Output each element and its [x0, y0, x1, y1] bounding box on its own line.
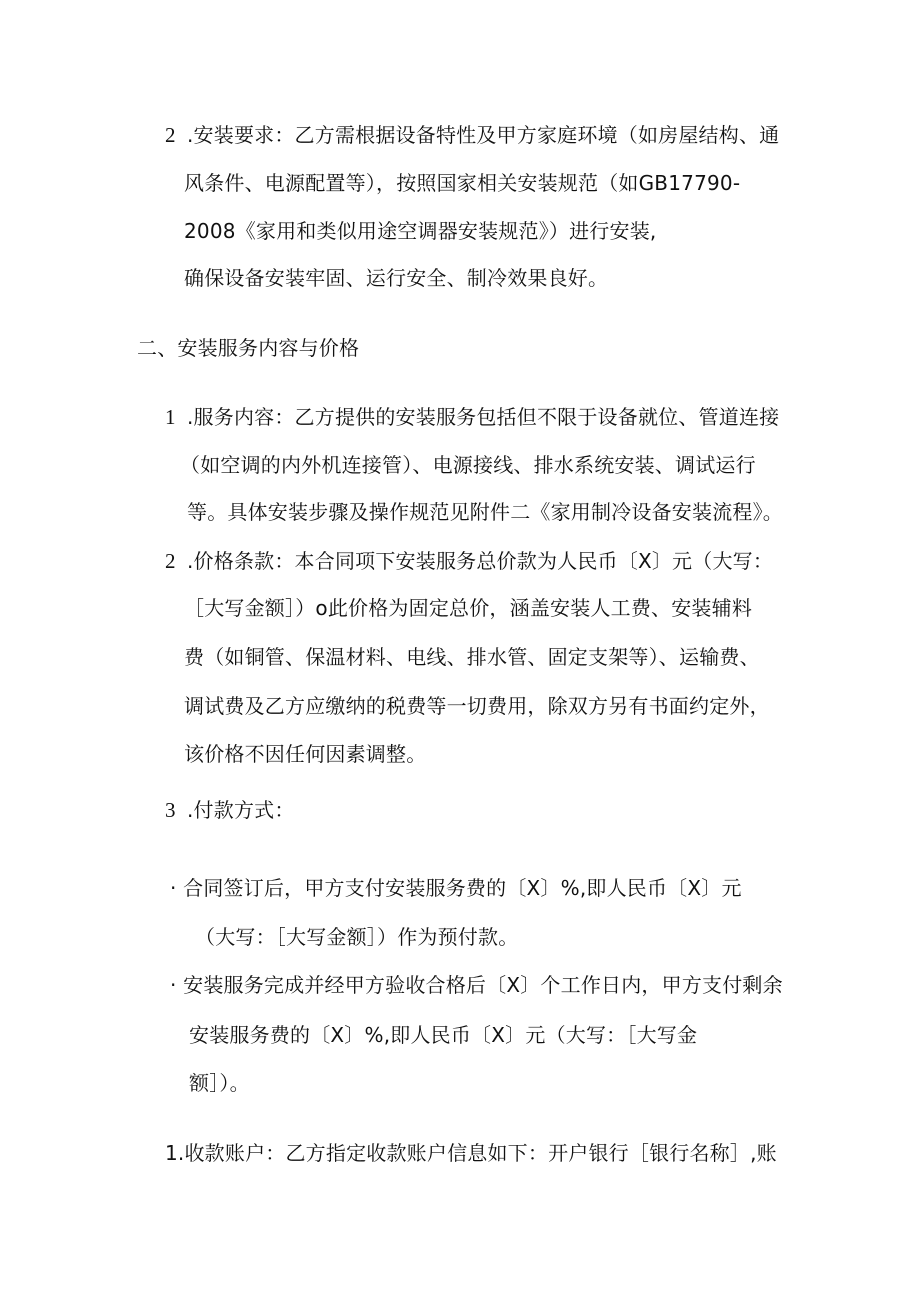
bullet-marker: ·: [170, 876, 177, 900]
price-terms-line-3: 费（如铜管、保温材料、电线、排水管、固定支架等）、运输费、: [184, 643, 760, 671]
price-terms-line-5: 该价格不因任何因素调整。: [184, 740, 426, 768]
install-requirements-line-2: 风条件、电源配置等），按照国家相关安装规范（如GB17790-: [184, 169, 740, 197]
item-number: 3: [165, 796, 187, 824]
bullet-marker: ·: [170, 973, 177, 997]
service-content-text: .服务内容：乙方提供的安装服务包括但不限于设备就位、管道连接: [187, 405, 779, 429]
payment-method-label: .付款方式：: [187, 798, 295, 822]
install-requirements-line-1: 2.安装要求：乙方需根据设备特性及甲方家庭环境（如房屋结构、通: [165, 121, 779, 149]
install-requirements-text: .安装要求：乙方需根据设备特性及甲方家庭环境（如房屋结构、通: [187, 123, 779, 147]
payment-method-heading: 3.付款方式：: [165, 796, 295, 824]
payment-bullet-1-line-2: （大写：［大写金额］）作为预付款。: [195, 923, 518, 951]
section-heading: 二、安装服务内容与价格: [137, 334, 359, 362]
item-number: 2: [165, 547, 187, 575]
price-terms-text: .价格条款：本合同项下安装服务总价款为人民币〔X〕元（大写：: [187, 549, 773, 573]
service-content-line-3: 等。具体安装步骤及操作规范见附件二《家用制冷设备安装流程》。: [187, 498, 783, 526]
install-requirements-line-4: 确保设备安装牢固、运行安全、制冷效果良好。: [184, 264, 608, 292]
payment-bullet-1-line-1: · 合同签订后，甲方支付安装服务费的〔X〕%,即人民币〔X〕元: [170, 874, 742, 902]
price-terms-line-4: 调试费及乙方应缴纳的税费等一切费用，除双方另有书面约定外，: [184, 692, 770, 720]
receiving-account-line: 1.收款账户：乙方指定收款账户信息如下：开户银行［银行名称］,账: [165, 1139, 777, 1167]
price-terms-line-1: 2.价格条款：本合同项下安装服务总价款为人民币〔X〕元（大写：: [165, 547, 773, 575]
service-content-line-2: （如空调的内外机连接管）、电源接线、排水系统安装、调试运行: [180, 451, 756, 479]
service-content-line-1: 1.服务内容：乙方提供的安装服务包括但不限于设备就位、管道连接: [165, 403, 779, 431]
payment-bullet-2-line-1: · 安装服务完成并经甲方验收合格后〔X〕个工作日内，甲方支付剩余: [170, 971, 783, 999]
install-requirements-line-3: 2008《家用和类似用途空调器安装规范》）进行安装,: [184, 217, 656, 245]
price-terms-line-2: ［大写金额］）o此价格为固定总价，涵盖安装人工费、安装辅料: [184, 594, 752, 622]
payment-bullet-1-text: 合同签订后，甲方支付安装服务费的〔X〕%,即人民币〔X〕元: [183, 876, 742, 900]
payment-bullet-2-text: 安装服务完成并经甲方验收合格后〔X〕个工作日内，甲方支付剩余: [183, 973, 783, 997]
payment-bullet-2-line-3: 额］）。: [189, 1069, 250, 1097]
payment-bullet-2-line-2: 安装服务费的〔X〕%,即人民币〔X〕元（大写：［大写金: [189, 1021, 697, 1049]
item-number: 2: [165, 121, 187, 149]
item-number: 1: [165, 403, 187, 431]
document-page: 2.安装要求：乙方需根据设备特性及甲方家庭环境（如房屋结构、通 风条件、电源配置…: [0, 0, 920, 1301]
